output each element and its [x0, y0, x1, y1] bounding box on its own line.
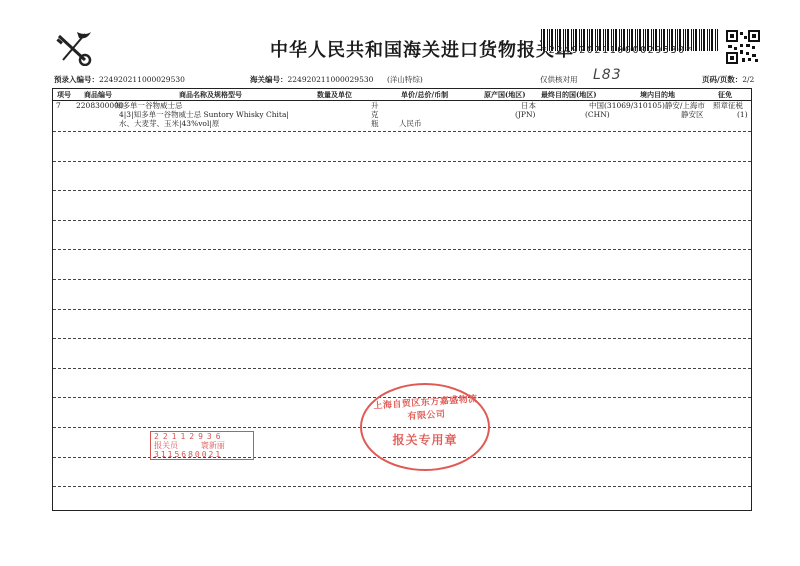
unit-1: 升 — [371, 101, 379, 110]
page-indicator: 页码/页数：2/2 — [702, 74, 754, 85]
goods-spec-1: 4|3|知多单一谷物威士忌 Suntory Whisky Chita| — [119, 110, 289, 119]
document-title: 中华人民共和国海关进口货物报关单 — [270, 36, 574, 62]
domestic-dest: (31069/310105)静安/上海市 — [604, 101, 705, 110]
col-origin: 原产国(地区) — [484, 90, 526, 100]
declarant-label: 报关员 — [154, 441, 178, 450]
preentry-value: 224920211000029530 — [99, 75, 185, 84]
col-domestic-dest: 境内目的地 — [640, 90, 675, 100]
declarant-code: 22112936 — [154, 432, 250, 441]
unit-2: 克 — [371, 110, 379, 119]
goods-spec-2: 水、大麦芽、玉米|43%vol|原 — [119, 119, 219, 128]
seal-company-name: 上海自贸区东方嘉盛物流有限公司 — [369, 391, 483, 425]
handwritten-mark: L83 — [593, 67, 622, 83]
page-value: 2/2 — [742, 75, 754, 84]
row-separator — [53, 486, 751, 487]
row-separator — [53, 190, 751, 191]
company-seal: 上海自贸区东方嘉盛物流有限公司 报关专用章 — [360, 383, 490, 471]
customs-no-label: 海关编号： — [250, 75, 288, 84]
domestic-dest-district: 静安区 — [681, 110, 704, 119]
barcode-text: *224920211000029530* — [541, 45, 721, 56]
row-separator — [53, 338, 751, 339]
origin: 日本 — [521, 101, 536, 110]
row-separator — [53, 368, 751, 369]
declarant-stamp: 22112936 报关员 寰新丽 3115680021 — [150, 431, 254, 460]
origin-code: (JPN) — [515, 110, 535, 119]
exemption-code: (1) — [737, 110, 748, 119]
declarant-name-line: 报关员 寰新丽 — [154, 441, 250, 450]
col-item-no: 项号 — [57, 90, 71, 100]
unit-3: 瓶 — [371, 119, 379, 128]
seal-purpose: 报关专用章 — [362, 431, 488, 448]
verify-only-label: 仅供核对用 — [540, 74, 578, 85]
col-name-spec: 商品名称及规格型号 — [179, 90, 242, 100]
page-label: 页码/页数： — [702, 75, 742, 84]
col-hs-code: 商品编号 — [84, 90, 112, 100]
customs-no-value: 224920211000029530 — [288, 75, 374, 84]
port-name: (洋山特综) — [387, 74, 423, 85]
customs-number: 海关编号：224920211000029530 — [250, 74, 373, 85]
customs-emblem-icon — [55, 30, 95, 66]
destination: 中国 — [589, 101, 604, 110]
item-no: 7 — [56, 101, 61, 110]
goods-name: 知多单一谷物威士忌 — [115, 101, 183, 110]
row-separator — [53, 161, 751, 162]
preentry-label: 预录入编号： — [54, 75, 99, 84]
currency: 人民币 — [399, 119, 422, 128]
row-separator — [53, 249, 751, 250]
col-destination: 最终目的国(地区) — [541, 90, 597, 100]
declarant-name: 寰新丽 — [201, 441, 225, 450]
table-header: 项号 商品编号 商品名称及规格型号 数量及单位 单价/总价/币制 原产国(地区)… — [53, 89, 751, 101]
col-exemption: 征免 — [718, 90, 732, 100]
col-price: 单价/总价/币制 — [401, 90, 448, 100]
qr-code-icon — [726, 30, 760, 64]
row-separator — [53, 220, 751, 221]
declarant-id: 3115680021 — [154, 450, 250, 459]
exemption: 照章征税 — [713, 101, 743, 110]
preentry-number: 预录入编号：224920211000029530 — [54, 74, 185, 85]
destination-code: (CHN) — [585, 110, 610, 119]
row-separator — [53, 309, 751, 310]
row-separator — [53, 131, 751, 132]
col-qty-unit: 数量及单位 — [317, 90, 352, 100]
row-separator — [53, 279, 751, 280]
